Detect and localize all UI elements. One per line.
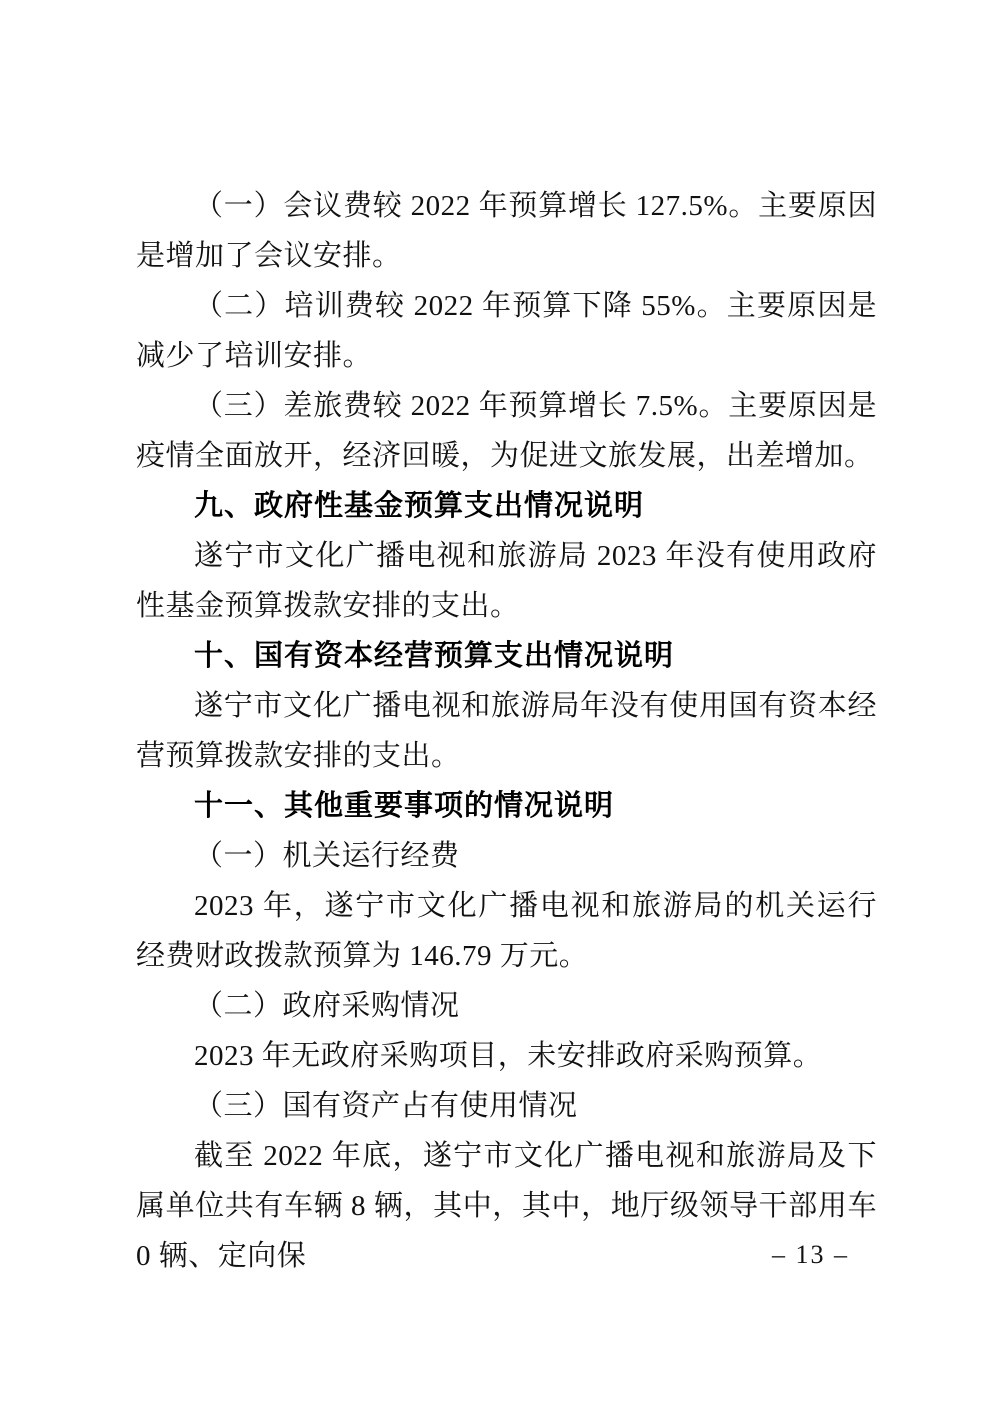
para-training-fee-change: （二）培训费较 2022 年预算下降 55%。主要原因是减少了培训安排。 [136, 281, 877, 381]
subheading-agency-operating-expenses: （一）机关运行经费 [136, 831, 877, 881]
subheading-state-assets-usage: （三）国有资产占有使用情况 [136, 1081, 877, 1131]
heading-section-10-state-capital-budget: 十、国有资本经营预算支出情况说明 [136, 631, 877, 681]
para-agency-operating-expenses: 2023 年，遂宁市文化广播电视和旅游局的机关运行经费财政拨款预算为 146.7… [136, 881, 877, 981]
page-number: – 13 – [136, 1240, 877, 1270]
subheading-government-procurement: （二）政府采购情况 [136, 981, 877, 1031]
para-meeting-fee-change: （一）会议费较 2022 年预算增长 127.5%。主要原因是增加了会议安排。 [136, 181, 877, 281]
para-travel-fee-change: （三）差旅费较 2022 年预算增长 7.5%。主要原因是疫情全面放开，经济回暖… [136, 381, 877, 481]
document-page: （一）会议费较 2022 年预算增长 127.5%。主要原因是增加了会议安排。 … [0, 0, 992, 1403]
heading-section-9-gov-fund-budget: 九、政府性基金预算支出情况说明 [136, 481, 877, 531]
para-state-capital-budget-note: 遂宁市文化广播电视和旅游局年没有使用国有资本经营预算拨款安排的支出。 [136, 681, 877, 781]
heading-section-11-other-important-items: 十一、其他重要事项的情况说明 [136, 781, 877, 831]
para-gov-fund-budget-note: 遂宁市文化广播电视和旅游局 2023 年没有使用政府性基金预算拨款安排的支出。 [136, 531, 877, 631]
document-body: （一）会议费较 2022 年预算增长 127.5%。主要原因是增加了会议安排。 … [136, 181, 877, 1281]
para-government-procurement: 2023 年无政府采购项目，未安排政府采购预算。 [136, 1031, 877, 1081]
